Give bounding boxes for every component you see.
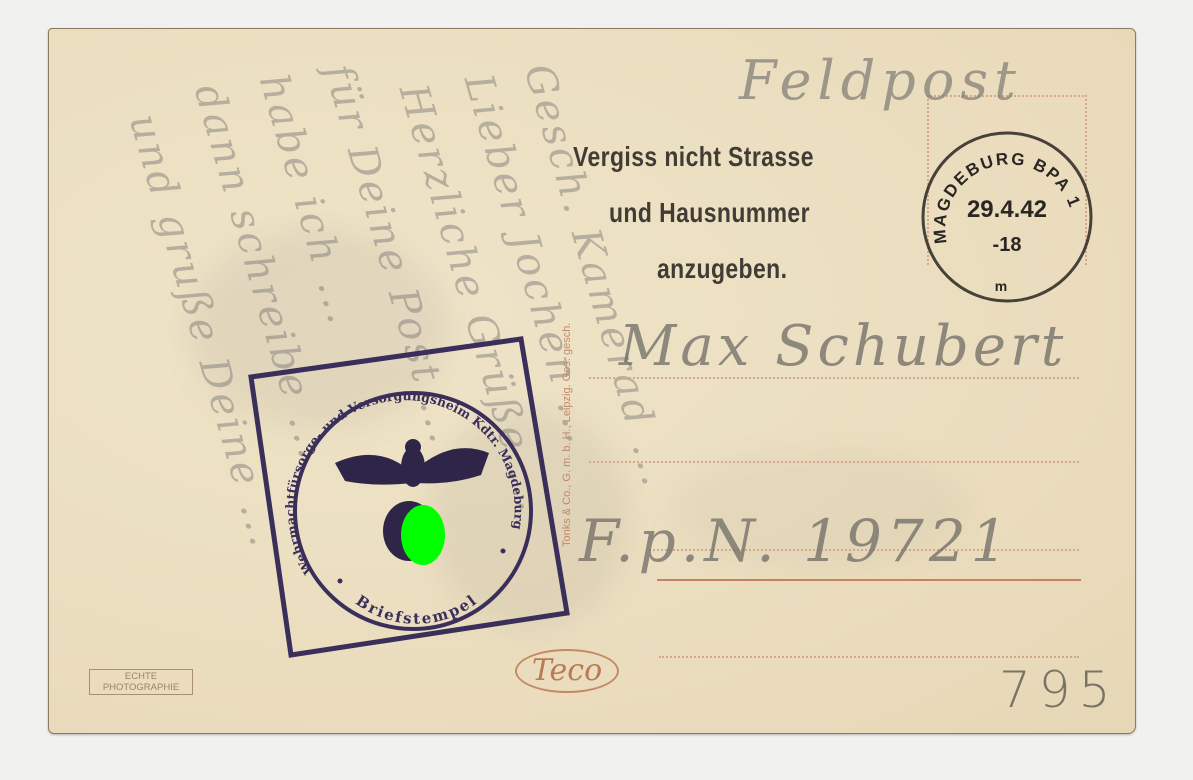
- address-line-4: [659, 656, 1079, 658]
- postcard-back: Gesch. Kamerad ... Lieber Jochen ... Her…: [48, 28, 1136, 734]
- photo-label: ECHTE PHOTOGRAPHIE: [89, 669, 193, 695]
- slogan-line-1: Vergiss nicht Strasse: [573, 141, 814, 173]
- recipient-name: Max Schubert: [619, 314, 1067, 379]
- postmark: MAGDEBURG BPA 1 29.4.42 -18 m: [917, 125, 1097, 305]
- photo-label-line-1: ECHTE: [94, 671, 188, 682]
- slogan-line-3: anzugeben.: [657, 253, 787, 285]
- teco-logo: Teco: [515, 649, 619, 693]
- address-underline: [657, 579, 1081, 581]
- pencil-number: 795: [999, 661, 1118, 719]
- feldpost-number: F.p.N. 19721: [579, 507, 1013, 575]
- unit-stamp: Wehrmachtfürsorge- und Versorgungsheim K…: [245, 335, 575, 665]
- postmark-date: 29.4.42: [967, 196, 1047, 223]
- photo-label-line-2: PHOTOGRAPHIE: [94, 682, 188, 693]
- postmark-code: m: [995, 278, 1007, 294]
- slogan-line-2: und Hausnummer: [609, 197, 810, 229]
- postmark-time: -18: [993, 234, 1022, 256]
- address-line-2: [589, 461, 1079, 463]
- censor-mark: [401, 505, 445, 565]
- sender-note: Feldpost: [739, 49, 1022, 112]
